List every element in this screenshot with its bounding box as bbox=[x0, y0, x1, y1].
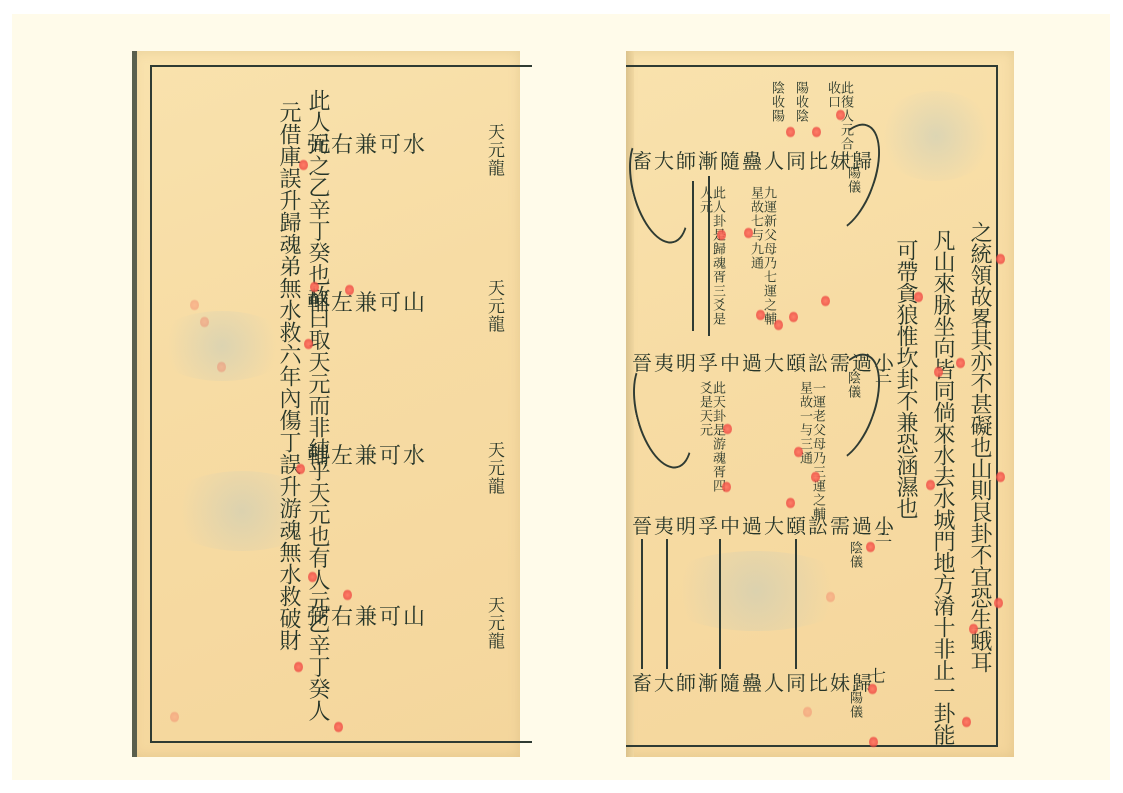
right-column-3: 可帶貪狼惟坎卦不兼恐涵濕也 bbox=[894, 239, 916, 519]
right-column-2: 凡山來脉坐向皆同倘來水去水城門地方淆十非止一卦能 bbox=[931, 229, 953, 759]
top-note: 陰收陽 bbox=[770, 81, 783, 141]
hexagram-row-3: 小過需訟頤大過中孚明夷晉 bbox=[632, 516, 896, 536]
side-label: 三 bbox=[872, 526, 889, 544]
hexagram-row-4: 歸妹比同人蠱隨漸師大畜 bbox=[632, 673, 874, 693]
left-page-border bbox=[150, 65, 532, 743]
annotation: 九運新父母乃七運之輔星故七与九通 bbox=[749, 186, 775, 326]
right-column-1: 之統領故畧其亦不甚礙也山則艮卦不宜恐生蛾耳 bbox=[968, 221, 990, 751]
sub-note: 陰儀 bbox=[848, 541, 861, 569]
top-note: 陽收陰 bbox=[794, 81, 807, 141]
side-column: 元借庫誤升歸魂弟無水救六年內傷丁誤升游魂無水救破財 bbox=[277, 101, 299, 701]
dragon-label: 天元龍 bbox=[485, 441, 502, 495]
dragon-label: 天元龍 bbox=[485, 596, 502, 650]
right-page: 之統領故畧其亦不甚礙也山則艮卦不宜恐生蛾耳 凡山來脉坐向皆同倘來水去水城門地方淆… bbox=[626, 51, 1014, 757]
sub-note: 陽儀 bbox=[848, 691, 861, 719]
dragon-label: 天元龍 bbox=[485, 123, 502, 177]
dragon-label: 天元龍 bbox=[485, 279, 502, 333]
annotation: 此人卦是歸魂胥三爻是人元 bbox=[698, 186, 724, 326]
annotation: 此天卦是游魂胥四爻是天元 bbox=[698, 381, 724, 501]
side-label: 七 bbox=[866, 667, 883, 685]
left-page: 天元龍 天元龍 天元龍 天元龍 水可兼右弼 山可兼左輔 水可兼左輔 山可兼右弼 … bbox=[132, 51, 520, 757]
main-column: 此人元之乙辛丁癸也故曰取天元而非純乎天元也有人元乙辛丁癸人 bbox=[306, 89, 328, 749]
